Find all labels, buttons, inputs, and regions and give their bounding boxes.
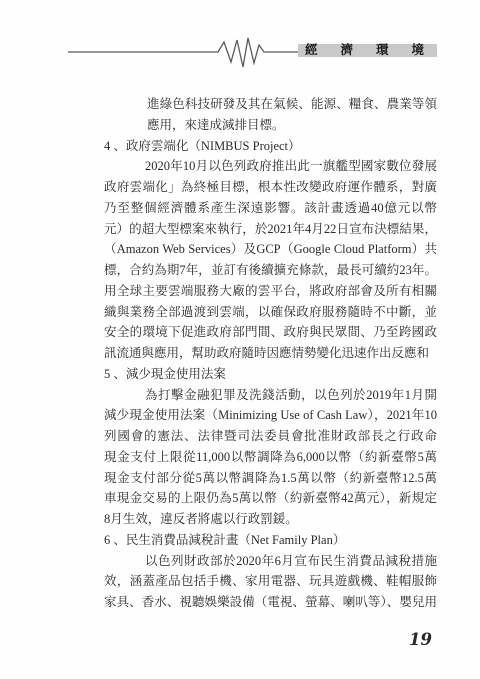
text-line: 車現金交易的上限仍為5萬以幣（約新臺幣42萬元），新規定自2022年 [104,488,437,509]
text-line: 應用，來達成減排目標。 [147,115,437,136]
document-body: 進綠色科技研發及其在氣候、能源、糧食、農業等領域之推廣應用，來達成減排目標。4 … [104,94,437,613]
paragraph: 為打擊金融犯罪及洗錢活動，以色列於2019年1月開始正式實施減少現金使用法案（M… [104,385,437,530]
text-line: 訊流通與應用，幫助政府隨時因應情勢變化迅速作出反應和決策。 [104,343,437,364]
text-line: 現金支付部分從5萬以幣調降為1.5萬以幣（約新臺幣12.5萬元），二手 [104,468,437,489]
text-line: 用全球主要雲端服務大廠的雲平台，將政府部會及所有相關單位的組 [104,281,437,302]
paragraph: 2020年10月以色列政府推出此一旗艦型國家數位發展計畫，以「政府雲端化」為終極… [104,156,437,364]
section-heading: 4 、政府雲端化（NIMBUS Project） [104,136,437,157]
text-line: 進綠色科技研發及其在氣候、能源、糧食、農業等領域之推廣 [147,94,437,115]
text-line: 現金支付上限從11,000以幣調降為6,000以幣（約新臺幣5萬元），個人 [104,447,437,468]
text-line: 織與業務全部過渡到雲端，以確保政府服務隨時不中斷，並且在高效 [104,302,437,323]
text-line: 8月生效，違反者將處以行政罰鍰。 [104,509,437,530]
page-number: 19 [409,630,432,649]
text-line: （Amazon Web Services）及GCP（Google Cloud P… [104,239,437,260]
paragraph: 進綠色科技研發及其在氣候、能源、糧食、農業等領域之推廣應用，來達成減排目標。 [104,94,437,136]
text-line: 2020年10月以色列政府推出此一旗艦型國家數位發展計畫，以「 [104,156,437,177]
text-line: 列國會的憲法、法律暨司法委員會批准財政部長之行政命令，將企業 [104,426,437,447]
text-line: 為打擊金融犯罪及洗錢活動，以色列於2019年1月開始正式實施 [104,385,437,406]
text-line: 標，合約為期7年，並訂有後續擴充條款，最長可續約23年。透過採 [104,260,437,281]
section-heading: 6 、民生消費品減稅計畫（Net Family Plan） [104,530,437,551]
section-heading: 5 、減少現金使用法案 [104,364,437,385]
text-line: 減少現金使用法案（Minimizing Use of Cash Law），202… [104,405,437,426]
text-line: 家具、香水、視聽娛樂設備（電視、螢幕、喇叭等）、嬰兒用品（奶 [104,592,437,613]
text-line: 安全的環境下促進政府部門間、政府與民眾間、乃至跨國政府間的資 [104,322,437,343]
text-line: 政府雲端化」為終極目標，根本性改變政府運作體系，對廣義公部門 [104,177,437,198]
heartbeat-zigzag-icon [0,0,480,80]
text-line: 以色列財政部於2020年6月宣布民生消費品減稅措施立即永久生 [104,551,437,572]
text-line: 乃至整個經濟體系產生深遠影響。該計畫透過40億元以幣（約12億美 [104,198,437,219]
text-line: 效，涵蓋產品包括手機、家用電器、玩具遊戲機、鞋帽服飾類、照明 [104,571,437,592]
text-line: 元）的超大型標案來執行，於2021年4月22日宣布決標結果，由AWS [104,219,437,240]
header-title: 經濟環境 [298,44,447,57]
header-title-bar: 經濟環境 [298,44,437,57]
paragraph: 以色列財政部於2020年6月宣布民生消費品減稅措施立即永久生效，涵蓋產品包括手機… [104,551,437,613]
document-page: 經濟環境 進綠色科技研發及其在氣候、能源、糧食、農業等領域之推廣應用，來達成減排… [0,0,480,679]
